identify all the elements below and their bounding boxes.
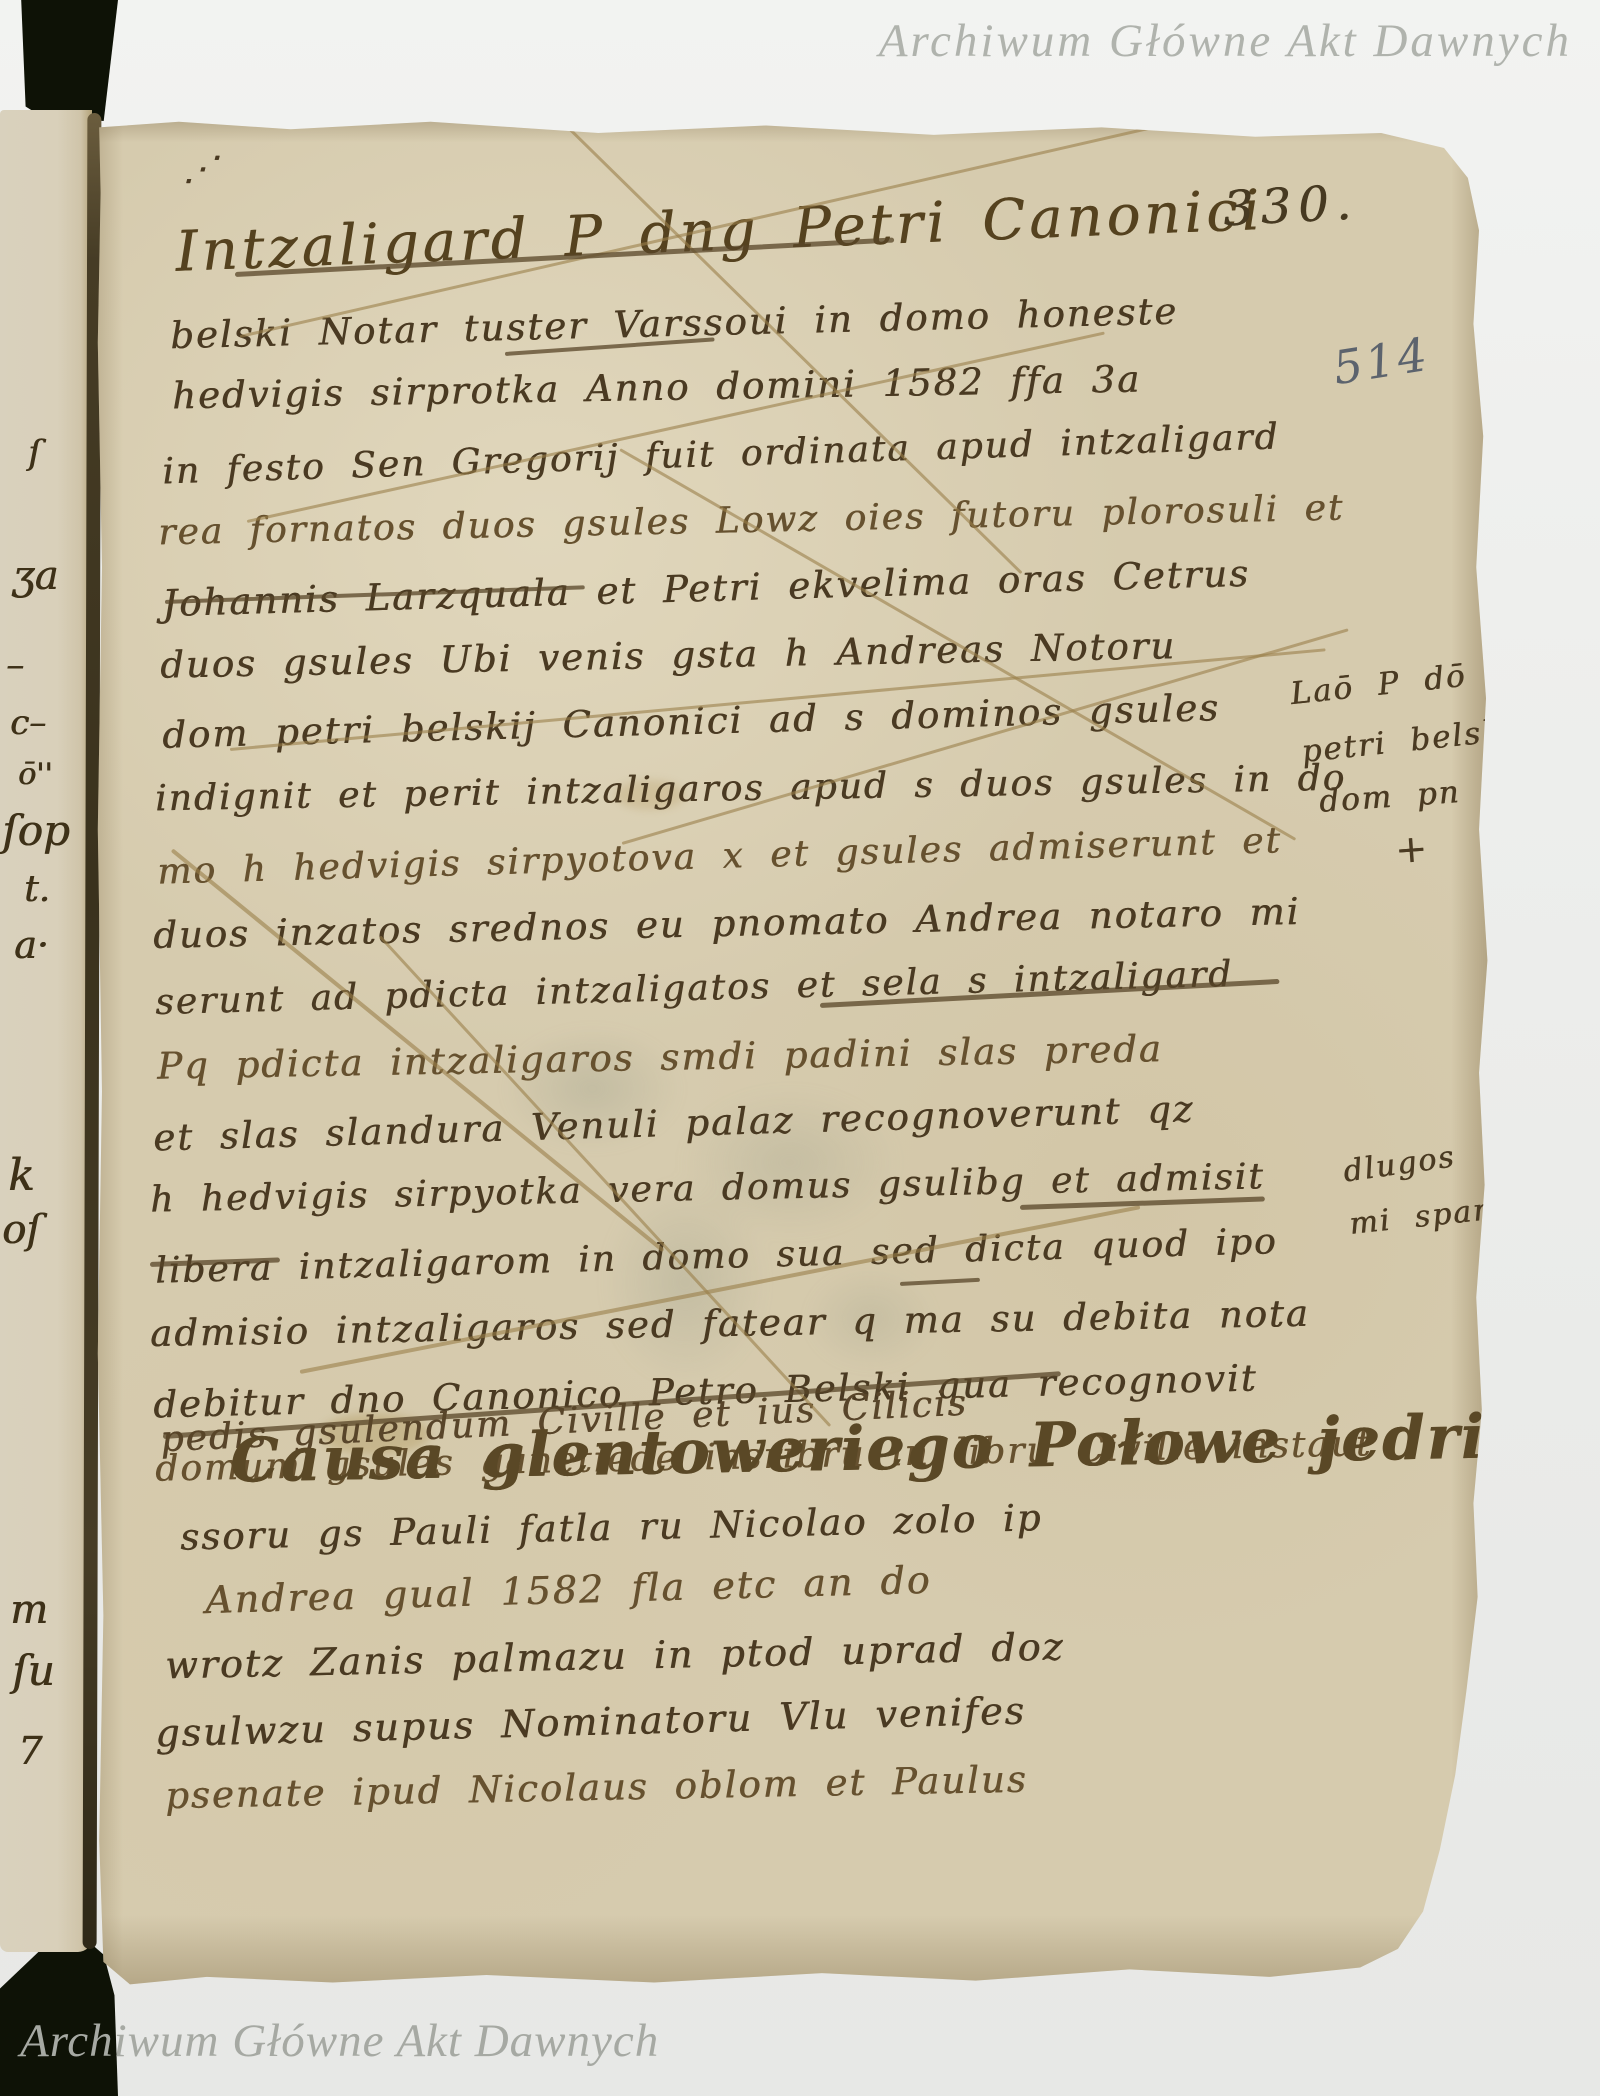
margin-note-line: dom pn <box>1318 777 1461 818</box>
body-line: duos inzatos srednos eu pnomato Andrea n… <box>153 893 1301 954</box>
margin-note-cross: + <box>1394 829 1430 869</box>
archival-scan: { "watermarks": { "top": "Archiwum Główn… <box>0 0 1600 2096</box>
binding-tape-top <box>8 0 118 121</box>
margin-note-line: mi spam <box>1348 1194 1505 1240</box>
section-line: Andrea gual 1582 fla etc an do <box>205 1561 932 1619</box>
margin-note-line: petri belski <box>1300 715 1516 768</box>
facing-page-fragment: ʒa <box>12 556 58 596</box>
body-line: Pq pdicta intzaligaros smdi padini slas … <box>157 1030 1163 1085</box>
body-line: Johannis Larzquala et Petri ekvelima ora… <box>162 555 1251 622</box>
section-line: ssoru gs Pauli fatla ru Nicolao zolo ip <box>180 1499 1043 1556</box>
margin-note-line: dlugos <box>1341 1142 1457 1187</box>
section-line: psenate ipud Nicolaus oblom et Paulus <box>165 1761 1028 1815</box>
facing-page-fragment: ſu <box>12 1650 55 1692</box>
section-line: wrotz Zanis palmazu in ptod uprad doz <box>165 1628 1065 1685</box>
facing-page-fragment: a· <box>14 926 49 964</box>
facing-page-fragment: ſop <box>2 810 70 852</box>
facing-page-fragment: k <box>8 1154 35 1198</box>
body-line: duos gsules Ubi venis gsta h Andreas Not… <box>160 627 1177 683</box>
ink-mark: ⋰ <box>183 152 218 186</box>
facing-page-fragment: ō'' <box>18 760 53 790</box>
body-line: belski Notar tuster Varssoui in domo hon… <box>170 293 1179 355</box>
body-line: mo h hedvigis sirpyotova x et gsules adm… <box>157 823 1283 890</box>
body-line: dom petri belskij Canonici ad s dominos … <box>162 689 1221 754</box>
body-line: rea fornatos duos gsules Lowz oies futor… <box>158 491 1345 552</box>
manuscript-page: ⋰ Intzaligard P dng Petri Canonici belsk… <box>95 118 1493 1990</box>
facing-page-edge: ſʒa–c–ō''ſopt.a·koſmſu7 <box>0 110 92 1952</box>
manuscript-heading: Intzaligard P dng Petri Canonici <box>174 183 1264 281</box>
body-line: indignit et perit intzaligaros apud s du… <box>155 761 1347 818</box>
binding-tape-bottom <box>0 1928 118 2096</box>
facing-page-fragment: t. <box>24 872 50 908</box>
body-line: admisio intzaligaros sed fatear q ma su … <box>150 1295 1310 1352</box>
facing-page-fragment: ſ <box>28 436 41 470</box>
page-number-pencil: 514 <box>1330 331 1433 392</box>
body-line: in festo Sen Gregorij fuit ordinata apud… <box>162 419 1280 490</box>
facing-page-fragment: m <box>10 1590 48 1630</box>
facing-page-fragment: oſ <box>2 1210 41 1250</box>
facing-page-fragment: 7 <box>18 1732 42 1770</box>
archive-watermark-top: Archiwum Główne Akt Dawnych <box>879 14 1572 68</box>
margin-note-line: Laō P dō <box>1289 661 1468 710</box>
facing-page-fragment: c– <box>10 706 46 740</box>
body-line: hedvigis sirprotka Anno domini 1582 ffa … <box>172 361 1142 415</box>
page-number-ink: 330. <box>1222 179 1359 234</box>
section-line: gsulwzu supus Nominatoru Vlu venifes <box>155 1692 1027 1753</box>
facing-page-fragment: – <box>6 648 24 684</box>
